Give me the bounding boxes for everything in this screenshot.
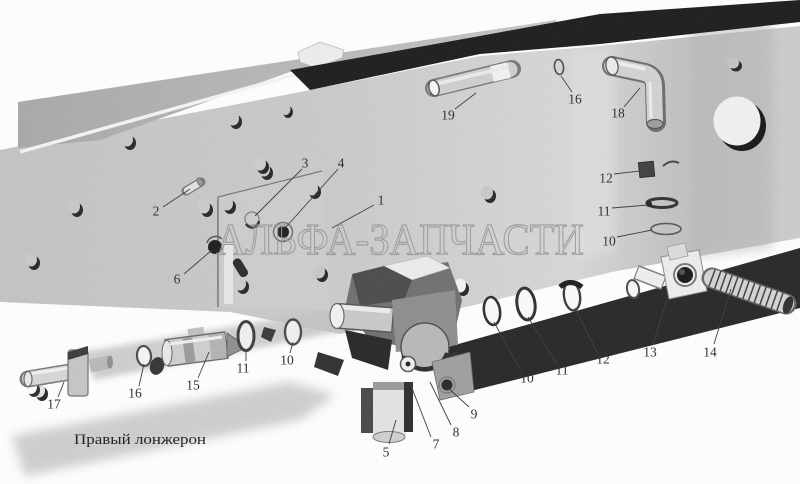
parts-diagram-page: 1 2 3 4 5 6 7 8 9 10 11 12 13 14 15 16 1… — [0, 0, 800, 484]
diagram-canvas: 1 2 3 4 5 6 7 8 9 10 11 12 13 14 15 16 1… — [0, 0, 800, 484]
grain-overlay — [0, 0, 800, 484]
